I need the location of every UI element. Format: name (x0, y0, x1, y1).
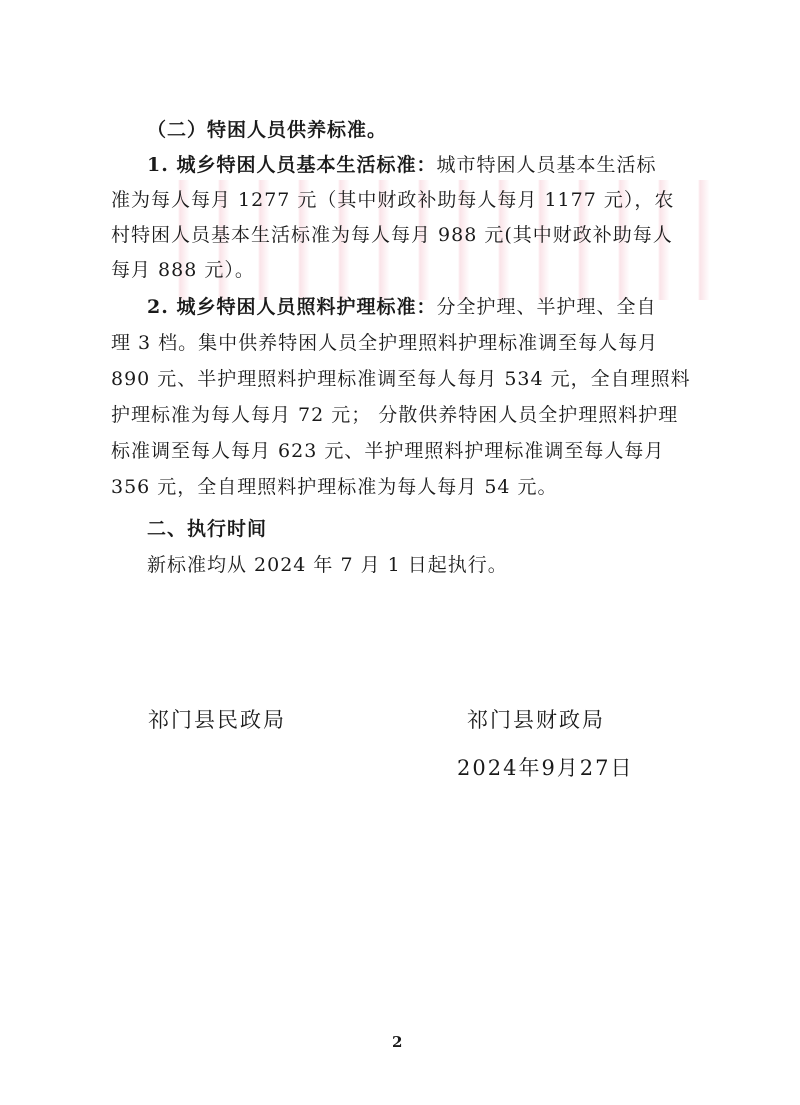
document-page: （二）特困人员供养标准。 1. 城乡特困人员基本生活标准：城市特困人员基本生活标… (0, 0, 800, 1105)
item2-line-4: 标准调至每人每月 623 元、半护理照料护理标准调至每人每月 (111, 439, 664, 463)
page-number: 2 (392, 1033, 402, 1051)
signature-date: 2024年9月27日 (457, 752, 634, 782)
item1-line-1: 准为每人每月 1277 元（其中财政补助每人每月 1177 元），农 (111, 188, 674, 212)
item2-line-5: 356 元，全自理照料护理标准为每人每月 54 元。 (111, 475, 558, 499)
item2-label: 2. 城乡特困人员照料护理标准： (147, 296, 436, 318)
item1-line-3: 每月 888 元）。 (111, 258, 255, 282)
item1-line-2: 村特困人员基本生活标准为每人每月 988 元(其中财政补助每人 (111, 223, 673, 247)
item2-line-0: 分全护理、半护理、全自 (436, 296, 656, 318)
item1-first-line: 1. 城乡特困人员基本生活标准：城市特困人员基本生活标 (147, 153, 656, 177)
item2-line-1: 理 3 档。集中供养特困人员全护理照料护理标准调至每人每月 (111, 331, 658, 355)
section-title: （二）特困人员供养标准。 (147, 118, 387, 142)
section2-text: 新标准均从 2024 年 7 月 1 日起执行。 (147, 553, 508, 577)
item1-line-0: 城市特困人员基本生活标 (436, 154, 656, 176)
item2-line-2: 890 元、半护理照料护理标准调至每人每月 534 元，全自理照料 (111, 367, 691, 391)
section2-title: 二、执行时间 (147, 517, 267, 541)
item2-first-line: 2. 城乡特困人员照料护理标准：分全护理、半护理、全自 (147, 295, 656, 319)
signature-civil-affairs: 祁门县民政局 (148, 704, 286, 734)
signature-finance: 祁门县财政局 (467, 704, 605, 734)
item2-line-3: 护理标准为每人每月 72 元； 分散供养特困人员全护理照料护理 (111, 403, 678, 427)
item1-label: 1. 城乡特困人员基本生活标准： (147, 154, 436, 176)
